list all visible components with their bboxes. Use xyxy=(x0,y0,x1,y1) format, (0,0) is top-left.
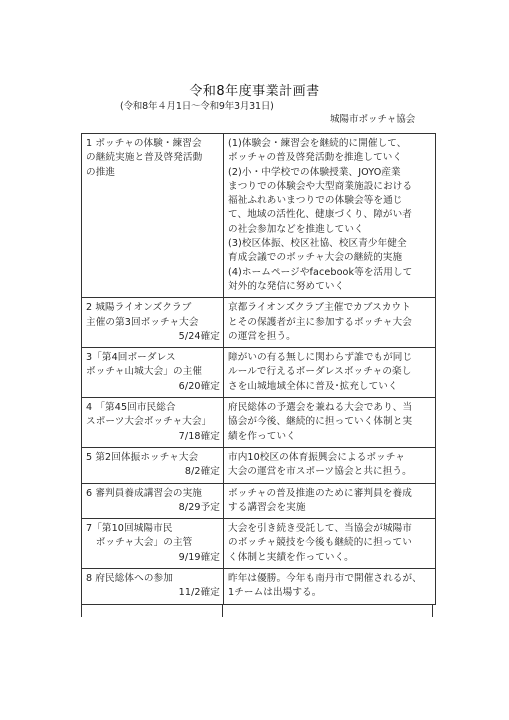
item-label: 3「第4回ボーダレス ボッチャ山城大会」の主催 xyxy=(86,351,220,380)
item-cell: 6 審判員養成講習会の実施 8/29予定 xyxy=(82,483,224,519)
item-date: 11/2確定 xyxy=(86,586,220,600)
table-row: 7「第10回城陽市民 ボッチャ大会」の主管 9/19確定 大会を引き続き受託して… xyxy=(82,519,436,569)
item-cell: 7「第10回城陽市民 ボッチャ大会」の主管 9/19確定 xyxy=(82,519,224,569)
table-row: 4 「第45回市民総合 スポーツ大会ボッチャ大会」 7/18確定 府民総体の予選… xyxy=(82,398,436,448)
description-cell: (1)体験会・練習会を継続的に開催して、 ボッチャの普及啓発活動を推進していく … xyxy=(224,134,436,298)
table-border-stub-right xyxy=(432,605,433,617)
table-row: 8 府民総体への参加 11/2確定 昨年は優勝。今年も南丹市で開催されるが、 1… xyxy=(82,569,436,605)
item-cell: 4 「第45回市民総合 スポーツ大会ボッチャ大会」 7/18確定 xyxy=(82,398,224,448)
item-description: 障がいの有る無しに関わらず誰でもが同じ ルールで行えるボーダレスボッチャの楽し … xyxy=(228,351,432,394)
item-label: 6 審判員養成講習会の実施 xyxy=(86,487,220,501)
item-description: 府民総体の予選会を兼ねる大会であり、当 協会が今後、継続的に担っていく体制と実 … xyxy=(228,401,432,444)
table-row: 3「第4回ボーダレス ボッチャ山城大会」の主催 6/20確定 障がいの有る無しに… xyxy=(82,348,436,398)
item-description: 昨年は優勝。今年も南丹市で開催されるが、 1チームは出場する。 xyxy=(228,572,432,601)
item-label: 5 第2回体振ホッチャ大会 xyxy=(86,451,220,465)
item-cell: 5 第2回体振ホッチャ大会 8/2確定 xyxy=(82,447,224,483)
item-description: 市内10校区の体育振興会によるボッチャ 大会の運営を市スポーツ協会と共に担う。 xyxy=(228,451,432,480)
item-cell: 2 城陽ライオンズクラブ 主催の第3回ボッチャ大会 5/24確定 xyxy=(82,298,224,348)
item-description: 大会を引き続き受託して、当協会が城陽市 のボッチャ競技を今後も継続的に担ってい … xyxy=(228,522,432,565)
table-border-stub-left xyxy=(81,605,82,617)
item-date: 8/2確定 xyxy=(86,465,220,479)
table-border-stub-middle xyxy=(222,605,223,617)
plan-table: 1 ボッチャの体験・練習会 の継続実施と普及啓発活動 の推進 (1)体験会・練習… xyxy=(81,133,436,605)
item-label: 4 「第45回市民総合 スポーツ大会ボッチャ大会」 xyxy=(86,401,220,430)
table-row: 6 審判員養成講習会の実施 8/29予定 ボッチャの普及推進のために審判員を養成… xyxy=(82,483,436,519)
description-cell: 府民総体の予選会を兼ねる大会であり、当 協会が今後、継続的に担っていく体制と実 … xyxy=(224,398,436,448)
item-label: 8 府民総体への参加 xyxy=(86,572,220,586)
item-description: (1)体験会・練習会を継続的に開催して、 ボッチャの普及啓発活動を推進していく … xyxy=(228,137,432,294)
item-cell: 3「第4回ボーダレス ボッチャ山城大会」の主催 6/20確定 xyxy=(82,348,224,398)
description-cell: 京都ライオンズクラブ主催でカブスカウト とその保護者が主に参加するボッチャ大会 … xyxy=(224,298,436,348)
description-cell: 市内10校区の体育振興会によるボッチャ 大会の運営を市スポーツ協会と共に担う。 xyxy=(224,447,436,483)
item-cell: 8 府民総体への参加 11/2確定 xyxy=(82,569,224,605)
description-cell: 大会を引き続き受託して、当協会が城陽市 のボッチャ競技を今後も継続的に担ってい … xyxy=(224,519,436,569)
description-cell: 障がいの有る無しに関わらず誰でもが同じ ルールで行えるボーダレスボッチャの楽し … xyxy=(224,348,436,398)
table-row: 5 第2回体振ホッチャ大会 8/2確定 市内10校区の体育振興会によるボッチャ … xyxy=(82,447,436,483)
table-row: 2 城陽ライオンズクラブ 主催の第3回ボッチャ大会 5/24確定 京都ライオンズ… xyxy=(82,298,436,348)
item-description: ボッチャの普及推進のために審判員を養成 する講習会を実施 xyxy=(228,487,432,516)
item-date: 6/20確定 xyxy=(86,380,220,394)
table-row: 1 ボッチャの体験・練習会 の継続実施と普及啓発活動 の推進 (1)体験会・練習… xyxy=(82,134,436,298)
item-label: 7「第10回城陽市民 ボッチャ大会」の主管 xyxy=(86,522,220,551)
item-description: 京都ライオンズクラブ主催でカブスカウト とその保護者が主に参加するボッチャ大会 … xyxy=(228,301,432,344)
organization-name: 城陽市ボッチャ協会 xyxy=(330,111,415,125)
fiscal-period: (令和8年４月1日〜令和9年3月31日) xyxy=(120,98,274,112)
item-cell: 1 ボッチャの体験・練習会 の継続実施と普及啓発活動 の推進 xyxy=(82,134,224,298)
item-label: 2 城陽ライオンズクラブ 主催の第3回ボッチャ大会 xyxy=(86,301,220,330)
item-date: 9/19確定 xyxy=(86,551,220,565)
description-cell: ボッチャの普及推進のために審判員を養成 する講習会を実施 xyxy=(224,483,436,519)
item-label: 1 ボッチャの体験・練習会 の継続実施と普及啓発活動 の推進 xyxy=(86,137,220,180)
item-date: 8/29予定 xyxy=(86,501,220,515)
item-date: 7/18確定 xyxy=(86,430,220,444)
item-date: 5/24確定 xyxy=(86,330,220,344)
description-cell: 昨年は優勝。今年も南丹市で開催されるが、 1チームは出場する。 xyxy=(224,569,436,605)
document-title: 令和8年度事業計画書 xyxy=(0,80,509,99)
